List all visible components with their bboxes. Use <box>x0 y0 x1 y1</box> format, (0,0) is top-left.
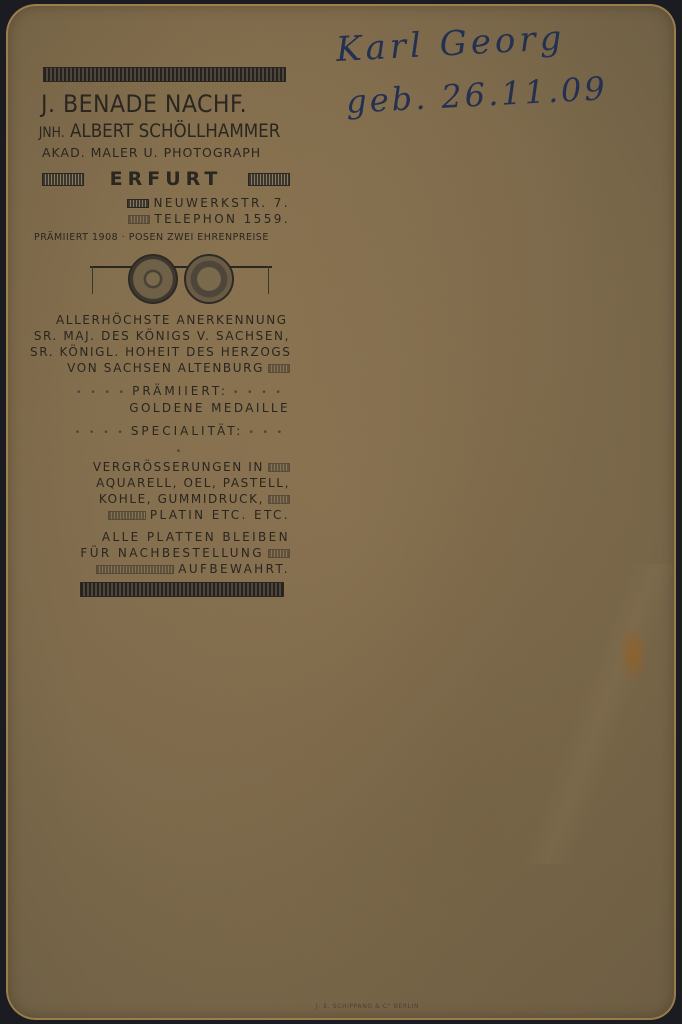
notice-line: AUFBEWAHRT. <box>30 562 290 576</box>
handwritten-name: Karl Georg <box>335 18 566 70</box>
dots-decoration: • • • • <box>233 388 284 398</box>
recognition-text: VON SACHSEN ALTENBURG <box>67 361 264 375</box>
studio-name: J. BENADE NACHF. <box>30 90 269 118</box>
stain-mark <box>618 624 648 684</box>
speciality-text: VERGRÖSSERUNGEN IN <box>93 460 264 474</box>
medal-rule <box>90 266 272 268</box>
medal-award-text: GOLDENE MEDAILLE <box>70 401 290 415</box>
notice-block: ALLE PLATTEN BLEIBEN FÜR NACHBESTELLUNG … <box>30 530 290 576</box>
studio-address: NEUWERKSTR. 7. <box>153 196 290 210</box>
recognition-line: SR. KÖNIGL. HOHEIT DES HERZOGS <box>30 345 290 359</box>
dots-decoration: • • • • <box>76 388 127 398</box>
medal-icon <box>184 254 234 304</box>
crease-mark <box>526 564 676 864</box>
ornament-icon <box>96 565 174 574</box>
handwritten-birth-date: geb. 26.11.09 <box>345 69 608 121</box>
medal-award-block: • • • • PRÄMIIERT: • • • • GOLDENE MEDAI… <box>30 380 290 415</box>
speciality-line: KOHLE, GUMMIDRUCK, <box>30 492 290 506</box>
speciality-text: KOHLE, GUMMIDRUCK, <box>99 492 264 506</box>
recognition-line: SR. MAJ. DES KÖNIGS V. SACHSEN, <box>30 329 290 343</box>
medal-award-heading: • • • • PRÄMIIERT: • • • • <box>70 380 290 399</box>
ornament-icon <box>268 549 290 558</box>
notice-text: AUFBEWAHRT. <box>178 562 290 576</box>
speciality-line: PLATIN ETC. ETC. <box>30 508 290 522</box>
photo-card-back: J. BENADE NACHF. JNH. ALBERT SCHÖLLHAMME… <box>6 4 676 1020</box>
award-line: PRÄMIIERT 1908 · POSEN ZWEI EHRENPREISE <box>30 232 290 243</box>
ornament-right-icon <box>248 173 290 186</box>
ornament-left-icon <box>42 173 84 186</box>
studio-imprint: J. BENADE NACHF. JNH. ALBERT SCHÖLLHAMME… <box>30 64 290 597</box>
ornament-icon <box>128 215 150 224</box>
studio-city: ERFURT <box>110 168 223 190</box>
owner-name: ALBERT SCHÖLLHAMMER <box>70 120 280 142</box>
city-row: ERFURT <box>30 168 290 190</box>
ornament-icon <box>268 463 290 472</box>
speciality-title: SPECIALITÄT: <box>131 424 244 438</box>
ornament-icon <box>108 511 146 520</box>
speciality-line: VERGRÖSSERUNGEN IN <box>30 460 290 474</box>
medals-emblem <box>30 249 290 309</box>
dots-decoration: • • • • <box>75 428 126 438</box>
speciality-text: PLATIN ETC. ETC. <box>150 508 290 522</box>
notice-text: FÜR NACHBESTELLUNG <box>80 546 264 560</box>
ornament-icon <box>127 199 149 208</box>
medal-icon <box>128 254 178 304</box>
notice-line: ALLE PLATTEN BLEIBEN <box>30 530 290 544</box>
ornament-icon <box>268 495 290 504</box>
owner-prefix: JNH. <box>39 125 65 141</box>
studio-owner: JNH. ALBERT SCHÖLLHAMMER <box>30 120 259 142</box>
studio-profession: AKAD. MALER U. PHOTOGRAPH <box>30 145 290 160</box>
ornament-band-top <box>43 67 286 82</box>
notice-line: FÜR NACHBESTELLUNG <box>30 546 290 560</box>
ornament-icon <box>268 364 290 373</box>
medal-award-title: PRÄMIIERT: <box>132 384 228 398</box>
recognition-block: ALLERHÖCHSTE ANERKENNUNG SR. MAJ. DES KÖ… <box>30 313 290 375</box>
studio-telephone: TELEPHON 1559. <box>154 212 290 226</box>
address-line: NEUWERKSTR. 7. <box>30 196 290 210</box>
speciality-heading: • • • • SPECIALITÄT: • • • • <box>30 420 290 458</box>
recognition-line: VON SACHSEN ALTENBURG <box>30 361 290 375</box>
ornament-band-bottom <box>80 582 284 597</box>
speciality-block: • • • • SPECIALITÄT: • • • • VERGRÖSSERU… <box>30 420 290 522</box>
printer-mark: J. E. SCHIPPANG & C° BERLIN <box>316 1003 419 1010</box>
speciality-line: AQUARELL, OEL, PASTELL, <box>30 476 290 490</box>
rule-drop-right <box>268 266 269 294</box>
rule-drop-left <box>92 266 93 294</box>
telephone-line: TELEPHON 1559. <box>30 212 290 226</box>
recognition-line: ALLERHÖCHSTE ANERKENNUNG <box>30 313 290 327</box>
